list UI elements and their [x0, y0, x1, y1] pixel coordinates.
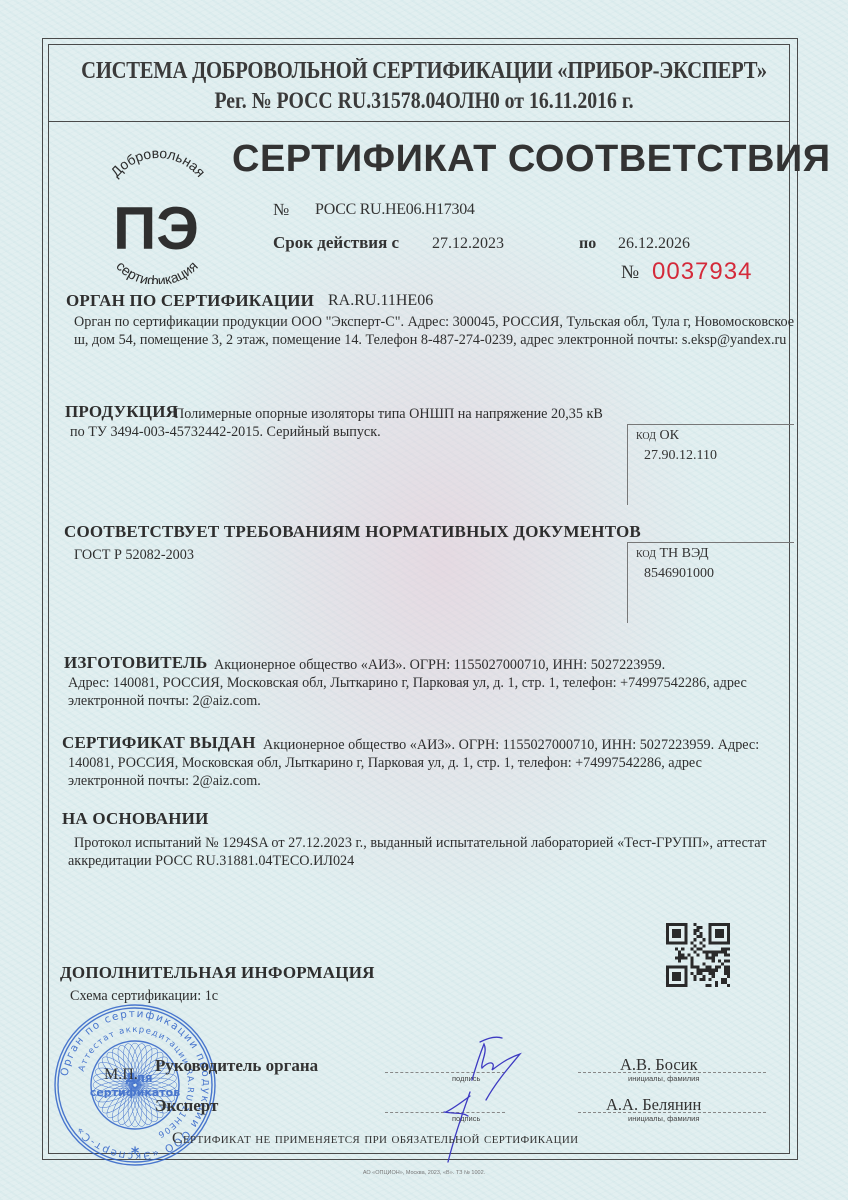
expert-name-caption: инициалы, фамилия — [628, 1114, 699, 1123]
tn-ved-code-value: 8546901000 — [644, 566, 714, 582]
certification-body-code: RA.RU.11НЕ06 — [328, 292, 433, 310]
manufacturer-line2: Адрес: 140081, РОССИЯ, Московская обл, Л… — [68, 674, 747, 692]
basis-heading: НА ОСНОВАНИИ — [62, 809, 209, 829]
tn-ved-code-box: код ТН ВЭД 8546901000 — [627, 542, 794, 623]
product-heading: ПРОДУКЦИЯ — [65, 402, 178, 422]
basis-line2: аккредитации РОСС RU.31881.04ТЕСО.ИЛ024 — [68, 852, 354, 870]
voluntary-certification-logo-icon: Добровольная ПЭ сертификация — [88, 148, 224, 284]
serial-number: 0037934 — [652, 258, 752, 286]
basis-line1: Протокол испытаний № 1294SA от 27.12.202… — [74, 834, 766, 852]
issued-to-line2: 140081, РОССИЯ, Московская обл, Лыткарин… — [68, 754, 702, 772]
head-name: А.В. Босик — [620, 1055, 698, 1075]
conformity-standard: ГОСТ Р 52082-2003 — [74, 546, 194, 564]
issued-to-line3: электронной почты: 2@aiz.com. — [68, 772, 261, 790]
product-description-line2: по ТУ 3494-003-45732442-2015. Серийный в… — [70, 423, 381, 441]
valid-to-label: по — [579, 235, 596, 253]
certification-body-details: Орган по сертификации продукции ООО "Экс… — [74, 313, 794, 349]
manufacturer-line1: Акционерное общество «АИЗ». ОГРН: 115502… — [214, 656, 665, 674]
seal-place-mark: М.П. — [104, 1066, 138, 1084]
system-registration: Рег. № РОСС RU.31578.04ОЛН0 от 16.11.201… — [59, 88, 788, 114]
valid-to-date: 26.12.2026 — [618, 235, 690, 253]
serial-number-label: № — [621, 262, 639, 284]
head-name-caption: инициалы, фамилия — [628, 1074, 699, 1083]
issued-to-line1: Акционерное общество «АИЗ». ОГРН: 115502… — [263, 736, 759, 754]
expert-name: А.А. Белянин — [606, 1095, 701, 1115]
logo-letters: ПЭ — [113, 195, 199, 262]
logo-top-text: Добровольная — [107, 148, 208, 180]
ok-code-box: код ОК 27.90.12.110 — [627, 424, 794, 505]
valid-from-date: 27.12.2023 — [432, 235, 504, 253]
manufacturer-heading: ИЗГОТОВИТЕЛЬ — [64, 653, 207, 673]
printer-imprint: АО «ОПЦИОН», Москва, 2023, «В». ТЗ № 100… — [0, 1170, 848, 1176]
svg-text:*: * — [131, 1143, 140, 1162]
certificate-number: РОСС RU.НЕ06.Н17304 — [315, 201, 475, 219]
footer-note: Сертификат не применяется при обязательн… — [172, 1130, 578, 1148]
certificate-number-label: № — [273, 200, 289, 220]
issued-to-heading: СЕРТИФИКАТ ВЫДАН — [62, 733, 256, 753]
product-description-line1: Полимерные опорные изоляторы типа ОНШП н… — [174, 405, 603, 423]
expert-role-label: Эксперт — [155, 1096, 218, 1116]
certification-body-heading: ОРГАН ПО СЕРТИФИКАЦИИ — [66, 291, 314, 311]
validity-label: Срок действия с — [273, 233, 399, 253]
manufacturer-line3: электронной почты: 2@aiz.com. — [68, 692, 261, 710]
svg-text:Добровольная: Добровольная — [107, 148, 208, 180]
additional-info-heading: ДОПОЛНИТЕЛЬНАЯ ИНФОРМАЦИЯ — [60, 963, 375, 983]
ok-code-label: код ОК — [636, 428, 679, 444]
qr-code-icon — [666, 923, 730, 987]
head-role-label: Руководитель органа — [155, 1056, 318, 1076]
system-name: СИСТЕМА ДОБРОВОЛЬНОЙ СЕРТИФИКАЦИИ «ПРИБО… — [59, 58, 788, 85]
ok-code-value: 27.90.12.110 — [644, 448, 717, 464]
tn-ved-code-label: код ТН ВЭД — [636, 546, 709, 562]
certificate-title: СЕРТИФИКАТ СООТВЕТСТВИЯ — [232, 138, 831, 181]
conformity-heading: СООТВЕТСТВУЕТ ТРЕБОВАНИЯМ НОРМАТИВНЫХ ДО… — [64, 522, 641, 542]
header-divider — [48, 121, 790, 122]
